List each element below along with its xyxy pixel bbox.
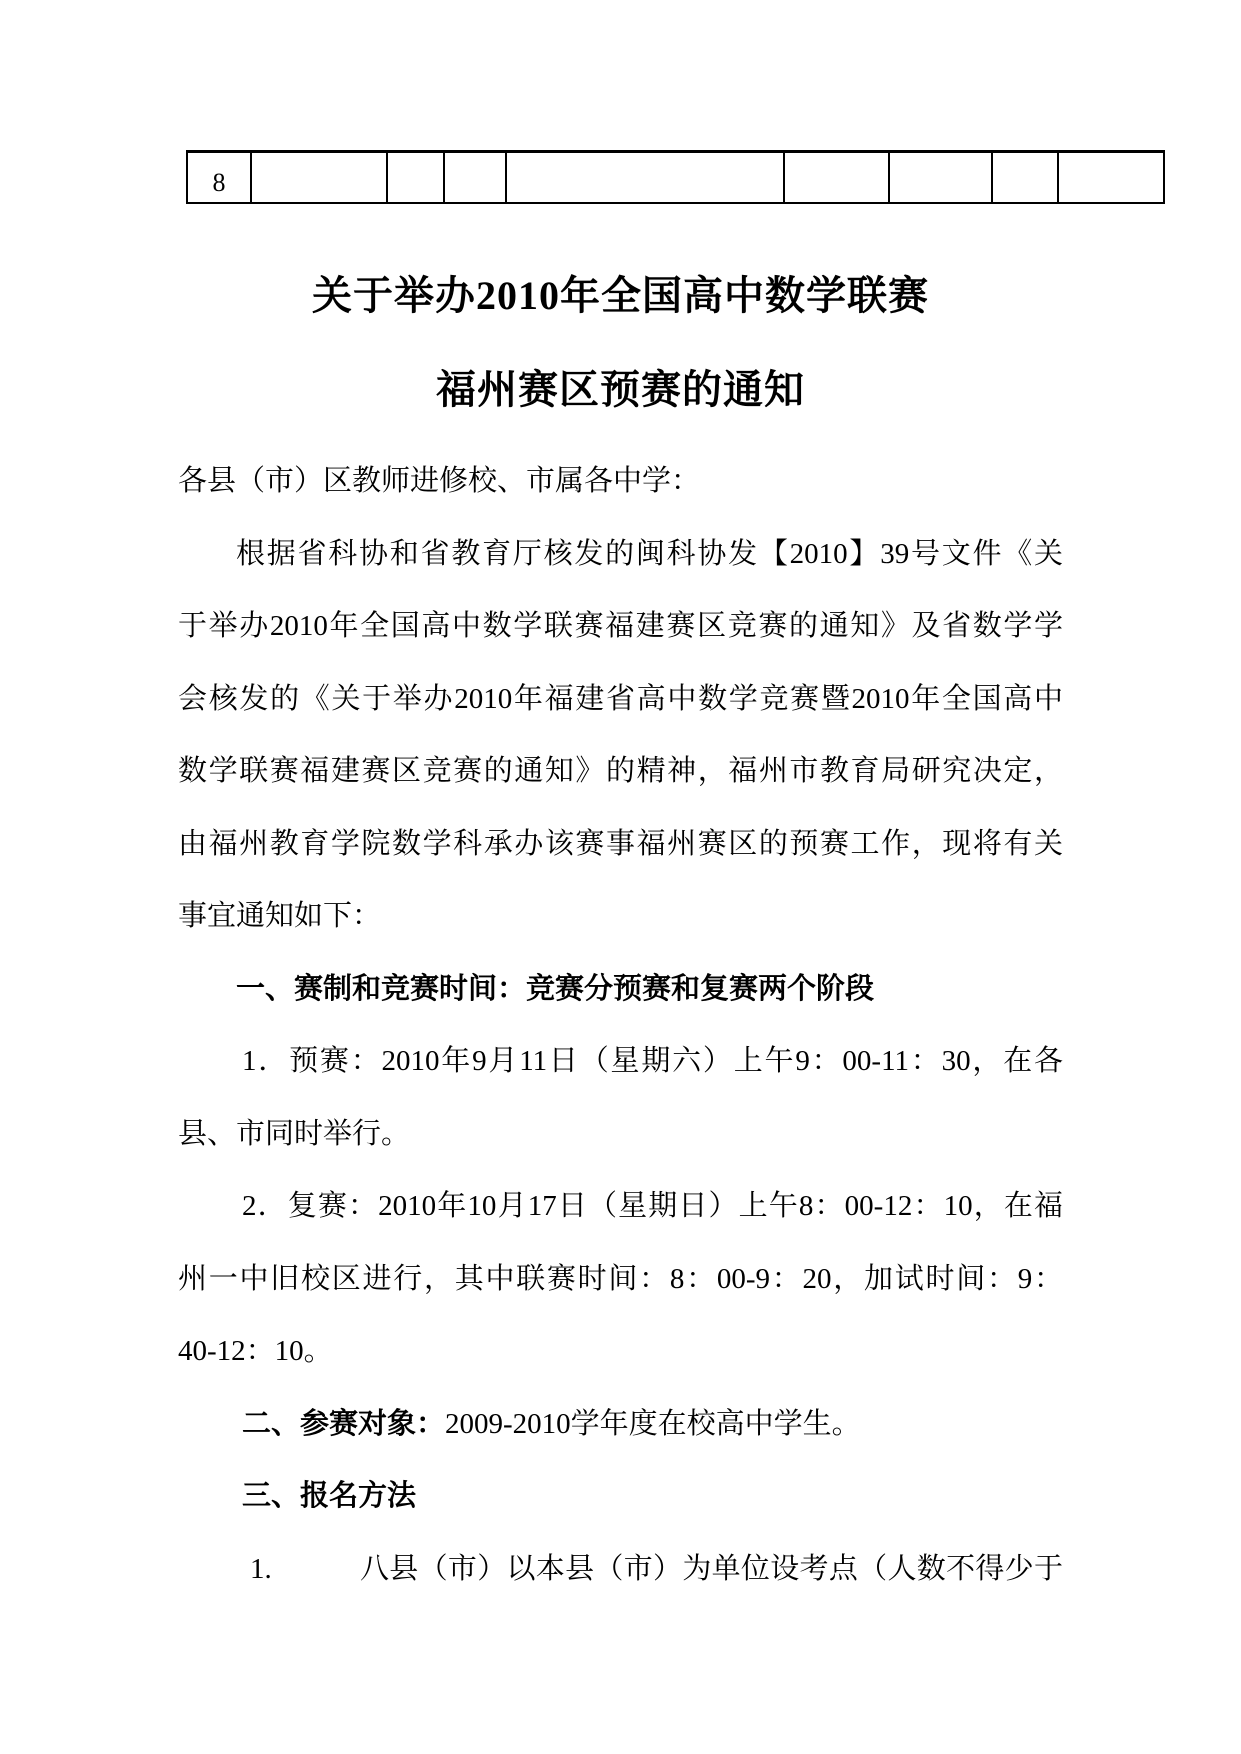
section2-heading: 二、参赛对象：2009-2010学年度在校高中学生。 [178,1388,1063,1461]
table-cell: 8 [188,153,252,202]
text-run: 会核发的《关于举办2010年福建省高中数学竞赛暨2010年全国高中 [178,683,1063,715]
text-run: 1. 八县（市）以本县（市）为单位设考点（人数不得少于 [250,1553,1063,1585]
item2-line1: 2．复赛：2010年10月17日（星期日）上午8：00-12：10，在福 [178,1170,1063,1243]
para1-line2: 于举办2010年全国高中数学联赛福建赛区竞赛的通知》及省数学学 [178,590,1063,663]
text-run: 县、市同时举行。 [178,1118,410,1150]
text-run: 根据省科协和省教育厅核发的闽科协发【2010】39号文件《关 [236,538,1063,570]
table-cell [445,153,507,202]
text-run: 40-12：10。 [178,1335,333,1367]
text-run: 事宜通知如下： [178,900,381,932]
table-cell [252,153,388,202]
table-cell [785,153,890,202]
document-title-line1: 关于举办2010年全国高中数学联赛 [178,272,1063,320]
text-run: 一、赛制和竞赛时间：竞赛分预赛和复赛两个阶段 [236,973,874,1005]
document-page: 8 关于举办2010年全国高中数学联赛 福州赛区预赛的通知 各县（市）区教师进修… [0,0,1241,1754]
para1-line1: 根据省科协和省教育厅核发的闽科协发【2010】39号文件《关 [178,518,1063,591]
item3-line1: 1. 八县（市）以本县（市）为单位设考点（人数不得少于 [178,1533,1063,1606]
text-run: 2．复赛：2010年10月17日（星期日）上午8：00-12：10，在福 [242,1190,1063,1222]
item2-line2: 州一中旧校区进行，其中联赛时间：8：00-9：20，加试时间：9： [178,1243,1063,1316]
document-title-line2: 福州赛区预赛的通知 [178,366,1063,414]
item1-line2: 县、市同时举行。 [178,1098,1063,1171]
text-run: 1．预赛：2010年9月11日（星期六）上午9：00-11：30，在各 [242,1045,1063,1077]
text-run: 各县（市）区教师进修校、市属各中学： [178,465,700,497]
section1-heading: 一、赛制和竞赛时间：竞赛分预赛和复赛两个阶段 [178,953,1063,1026]
table-row: 8 [186,150,1165,204]
text-run: 二、参赛对象： [242,1408,445,1440]
item2-line3: 40-12：10。 [178,1315,1063,1388]
text-run: 州一中旧校区进行，其中联赛时间：8：00-9：20，加试时间：9： [178,1263,1063,1295]
para1-line4: 数学联赛福建赛区竞赛的通知》的精神，福州市教育局研究决定， [178,735,1063,808]
text-run: 于举办2010年全国高中数学联赛福建赛区竞赛的通知》及省数学学 [178,610,1063,642]
para1-line5: 由福州教育学院数学科承办该赛事福州赛区的预赛工作，现将有关 [178,808,1063,881]
text-run: 三、报名方法 [242,1480,416,1512]
para1-line3: 会核发的《关于举办2010年福建省高中数学竞赛暨2010年全国高中 [178,663,1063,736]
text-run: 2009-2010学年度在校高中学生。 [445,1408,861,1440]
table-cell [888,153,993,202]
salutation-line: 各县（市）区教师进修校、市属各中学： [178,445,1063,518]
text-run: 数学联赛福建赛区竞赛的通知》的精神，福州市教育局研究决定， [178,755,1063,787]
table-cell [388,153,445,202]
table-cell [507,153,785,202]
item1-line1: 1．预赛：2010年9月11日（星期六）上午9：00-11：30，在各 [178,1025,1063,1098]
body: 各县（市）区教师进修校、市属各中学：根据省科协和省教育厅核发的闽科协发【2010… [178,445,1063,1605]
text-run: 由福州教育学院数学科承办该赛事福州赛区的预赛工作，现将有关 [178,828,1063,860]
table-cell [1059,153,1165,202]
table-cell [993,153,1059,202]
section3-heading: 三、报名方法 [178,1460,1063,1533]
para1-line6: 事宜通知如下： [178,880,1063,953]
